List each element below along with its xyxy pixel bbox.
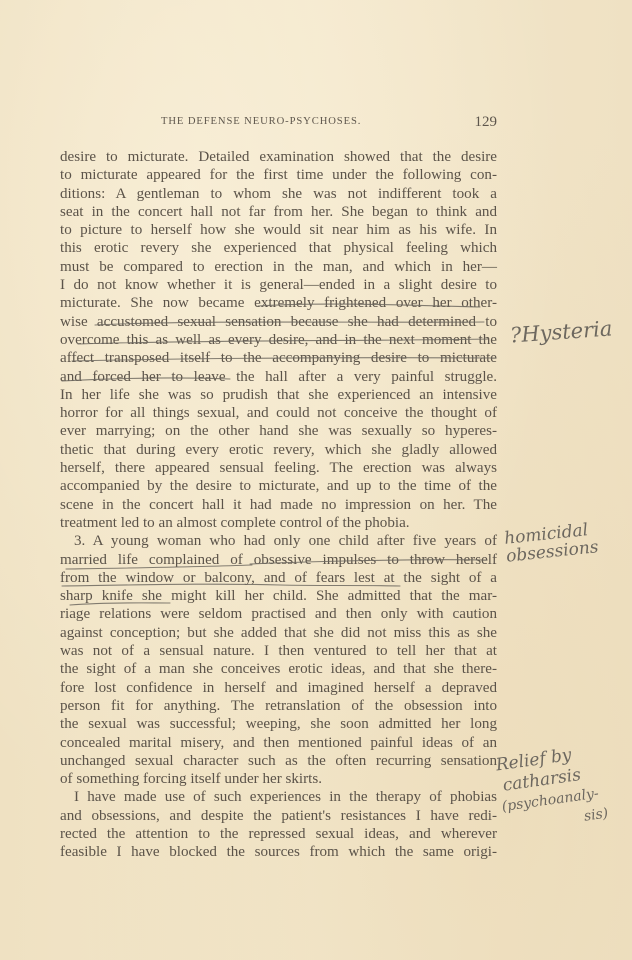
text-line: seat in the concert hall not far from he… bbox=[60, 203, 497, 221]
running-title: THE DEFENSE NEURO-PSYCHOSES. bbox=[161, 116, 361, 127]
text-line: riage relations were seldom practised an… bbox=[60, 605, 497, 623]
text-line: concealed marital misery, and then menti… bbox=[60, 734, 497, 752]
text-line: feasible I have blocked the sources from… bbox=[60, 843, 497, 861]
text-line: the sight of a man she conceives erotic … bbox=[60, 660, 497, 678]
text-line: married life complained of obsessive imp… bbox=[60, 551, 497, 569]
text-line: desire to micturate. Detailed examinatio… bbox=[60, 148, 497, 166]
text-line: 3. A young woman who had only one child … bbox=[60, 532, 497, 550]
body-text: desire to micturate. Detailed examinatio… bbox=[60, 148, 497, 862]
margin-note-relief-catharsis: Relief by catharsis (psychoanaly- sis) bbox=[495, 741, 610, 839]
text-line: from the window or balcony, and of fears… bbox=[60, 569, 497, 587]
text-line: wise accustomed sexual sensation because… bbox=[60, 313, 497, 331]
text-line: horror for all things sexual, and could … bbox=[60, 404, 497, 422]
text-line: must be compared to erection in the man,… bbox=[60, 258, 497, 276]
text-line: was not of a sensual nature. I then vent… bbox=[60, 642, 497, 660]
text-line: accompanied by the desire to micturate, … bbox=[60, 477, 497, 495]
text-line: I do not know whether it is general—ende… bbox=[60, 276, 497, 294]
text-line: sharp knife she might kill her child. Sh… bbox=[60, 587, 497, 605]
text-line: and obsessions, and despite the patient'… bbox=[60, 807, 497, 825]
text-line: rected the attention to the repressed se… bbox=[60, 825, 497, 843]
text-line: ditions: A gentleman to whom she was not… bbox=[60, 185, 497, 203]
text-line: the sexual was successful; weeping, she … bbox=[60, 715, 497, 733]
text-line: of something forcing itself under her sk… bbox=[60, 770, 497, 788]
text-line: unchanged sexual character such as the o… bbox=[60, 752, 497, 770]
text-line: ever marrying; on the other hand she was… bbox=[60, 422, 497, 440]
text-line: overcome this as well as every desire, a… bbox=[60, 331, 497, 349]
text-line: person fit for anything. The retranslati… bbox=[60, 697, 497, 715]
text-line: scene in the concert hall it had made no… bbox=[60, 496, 497, 514]
text-line: and forced her to leave the hall after a… bbox=[60, 368, 497, 386]
text-line: herself, there appeared sensual feeling.… bbox=[60, 459, 497, 477]
text-line: to micturate appeared for the first time… bbox=[60, 166, 497, 184]
text-line: fore lost confidence in herself and imag… bbox=[60, 679, 497, 697]
text-line: micturate. She now became extremely frig… bbox=[60, 294, 497, 312]
text-line: thetic that during every erotic revery, … bbox=[60, 441, 497, 459]
text-line: to picture to herself how she would sit … bbox=[60, 221, 497, 239]
text-line: In her life she was so prudish that she … bbox=[60, 386, 497, 404]
page-header: THE DEFENSE NEURO-PSYCHOSES. 129 bbox=[60, 114, 497, 134]
text-line: I have made use of such experiences in t… bbox=[60, 788, 497, 806]
text-line: treatment led to an almost complete cont… bbox=[60, 514, 497, 532]
text-line: this erotic revery she experienced that … bbox=[60, 239, 497, 257]
text-line: affect transposed itself to the accompan… bbox=[60, 349, 497, 367]
page-number: 129 bbox=[475, 114, 498, 131]
text-line: against conception; but she added that s… bbox=[60, 624, 497, 642]
